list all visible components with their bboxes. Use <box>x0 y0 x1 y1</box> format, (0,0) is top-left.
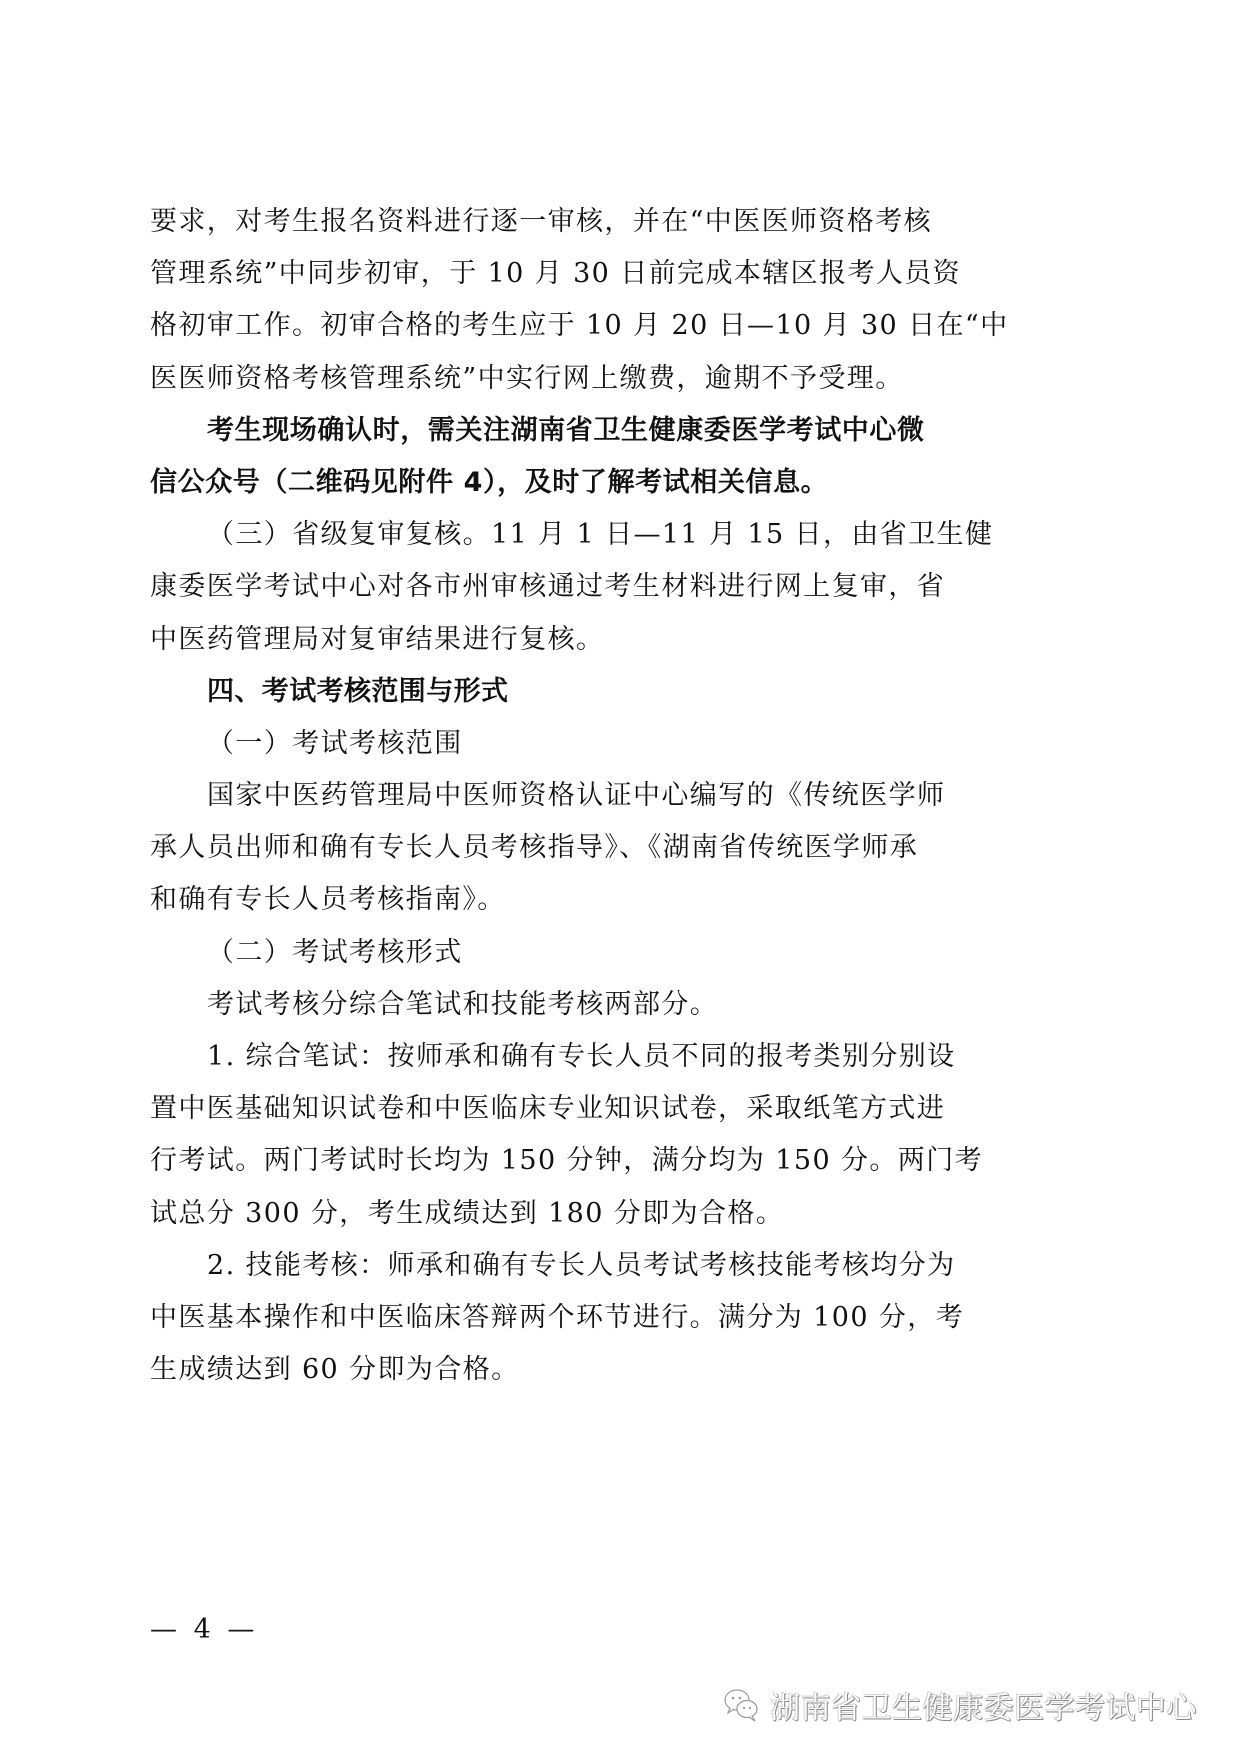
watermark-text: 湖南省卫生健康委医学考试中心 <box>770 1683 1197 1727</box>
paragraph-line: 中医药管理局对复审结果进行复核。 <box>150 614 980 666</box>
list-item-line: 2. 技能考核：师承和确有专长人员考试考核技能考核均分为 <box>150 1240 980 1292</box>
page-number: — 4 — <box>150 1615 258 1645</box>
wechat-icon <box>722 1685 762 1725</box>
bold-notice-line: 考生现场确认时，需关注湖南省卫生健康委医学考试中心微 <box>150 405 980 457</box>
subsection-line: （三）省级复审复核。11 月 1 日—11 月 15 日，由省卫生健 <box>150 509 980 561</box>
watermark: 湖南省卫生健康委医学考试中心 <box>722 1683 1197 1727</box>
paragraph-line: 要求，对考生报名资料进行逐一审核，并在“中医医师资格考核 <box>150 196 980 248</box>
paragraph-line: 试总分 300 分，考生成绩达到 180 分即为合格。 <box>150 1188 980 1240</box>
paragraph-line: 考试考核分综合笔试和技能考核两部分。 <box>150 979 980 1031</box>
document-page: 要求，对考生报名资料进行逐一审核，并在“中医医师资格考核 管理系统”中同步初审，… <box>0 0 1240 1755</box>
subsection-heading: （二）考试考核形式 <box>150 927 980 979</box>
paragraph-line: 中医基本操作和中医临床答辩两个环节进行。满分为 100 分，考 <box>150 1292 980 1344</box>
paragraph-line: 置中医基础知识试卷和中医临床专业知识试卷，采取纸笔方式进 <box>150 1083 980 1135</box>
subsection-heading: （一）考试考核范围 <box>150 718 980 770</box>
document-body: 要求，对考生报名资料进行逐一审核，并在“中医医师资格考核 管理系统”中同步初审，… <box>150 196 980 1396</box>
paragraph-line: 医医师资格考核管理系统”中实行网上缴费，逾期不予受理。 <box>150 353 980 405</box>
paragraph-line: 行考试。两门考试时长均为 150 分钟，满分均为 150 分。两门考 <box>150 1135 980 1187</box>
section-heading: 四、考试考核范围与形式 <box>150 666 980 718</box>
paragraph-line: 生成绩达到 60 分即为合格。 <box>150 1344 980 1396</box>
paragraph-line: 承人员出师和确有专长人员考核指导》、《湖南省传统医学师承 <box>150 822 980 874</box>
paragraph-line: 管理系统”中同步初审，于 10 月 30 日前完成本辖区报考人员资 <box>150 248 980 300</box>
paragraph-line: 和确有专长人员考核指南》。 <box>150 874 980 926</box>
paragraph-line: 格初审工作。初审合格的考生应于 10 月 20 日—10 月 30 日在“中 <box>150 300 980 352</box>
paragraph-line: 康委医学考试中心对各市州审核通过考生材料进行网上复审，省 <box>150 561 980 613</box>
paragraph-line: 国家中医药管理局中医师资格认证中心编写的《传统医学师 <box>150 770 980 822</box>
bold-notice-line: 信公众号（二维码见附件 4），及时了解考试相关信息。 <box>150 457 980 509</box>
list-item-line: 1. 综合笔试：按师承和确有专长人员不同的报考类别分别设 <box>150 1031 980 1083</box>
